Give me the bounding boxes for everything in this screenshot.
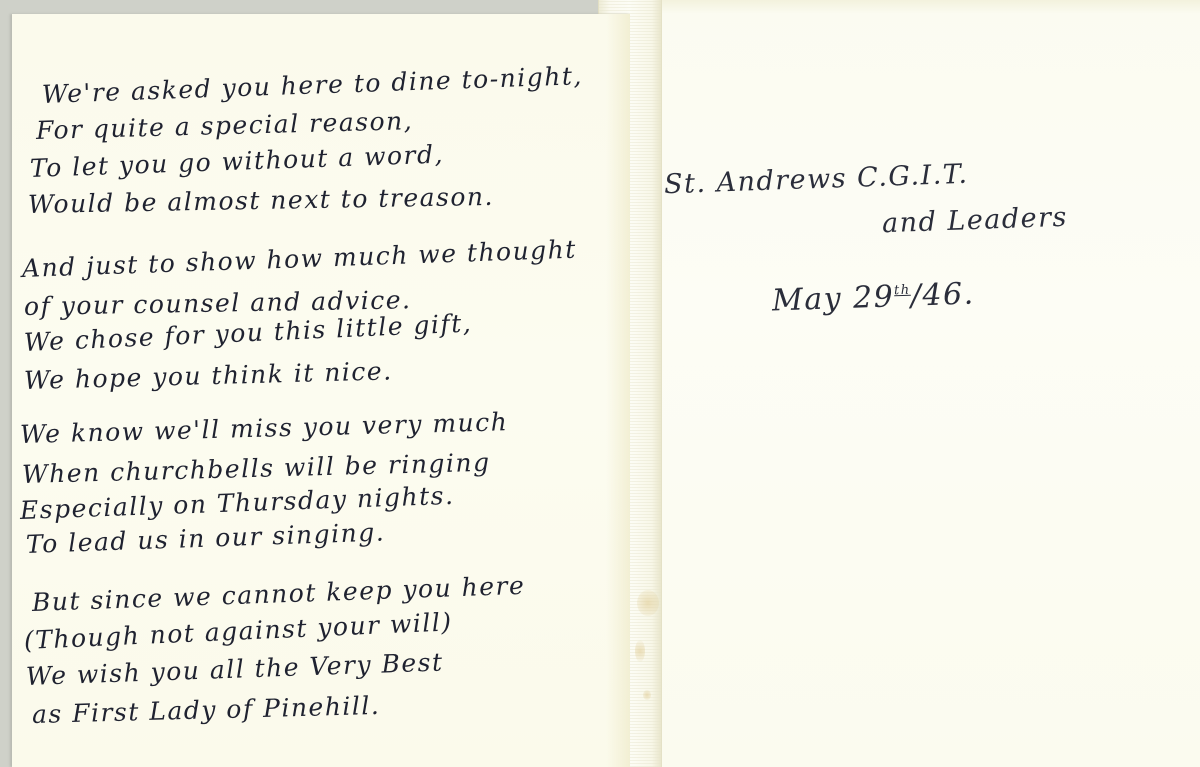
poem-line: For quite a special reason, — [36, 106, 414, 145]
poem-line: To lead us in our singing. — [25, 517, 385, 559]
stain — [635, 640, 645, 662]
poem-line: We're asked you here to dine to-night, — [41, 61, 583, 109]
stain — [643, 690, 651, 700]
stain — [637, 590, 659, 616]
inscription-leaders: and Leaders — [882, 202, 1069, 239]
poem-line: And just to show how much we thought — [21, 235, 577, 283]
inscription-date: May 29th/46. — [771, 276, 975, 318]
right-page: St. Andrews C.G.I.T. and Leaders May 29t… — [600, 0, 1200, 767]
date-ordinal: th — [894, 283, 911, 299]
poem-line: as First Lady of Pinehill. — [32, 691, 381, 729]
left-page: We're asked you here to dine to-night, F… — [12, 14, 630, 767]
poem-line: Would be almost next to treason. — [28, 182, 494, 219]
poem-line: We hope you think it nice. — [24, 356, 393, 395]
poem-line: We know we'll miss you very much — [20, 407, 509, 449]
poem-line: Especially on Thursday nights. — [19, 481, 454, 525]
poem-line: To let you go without a word, — [29, 140, 444, 183]
inscription-group-name: St. Andrews C.G.I.T. — [664, 159, 969, 201]
poem-line: We wish you all the Very Best — [25, 647, 444, 691]
date-year: /46. — [910, 276, 975, 313]
document-scan: St. Andrews C.G.I.T. and Leaders May 29t… — [0, 0, 1200, 767]
date-day: May 29 — [771, 279, 894, 318]
